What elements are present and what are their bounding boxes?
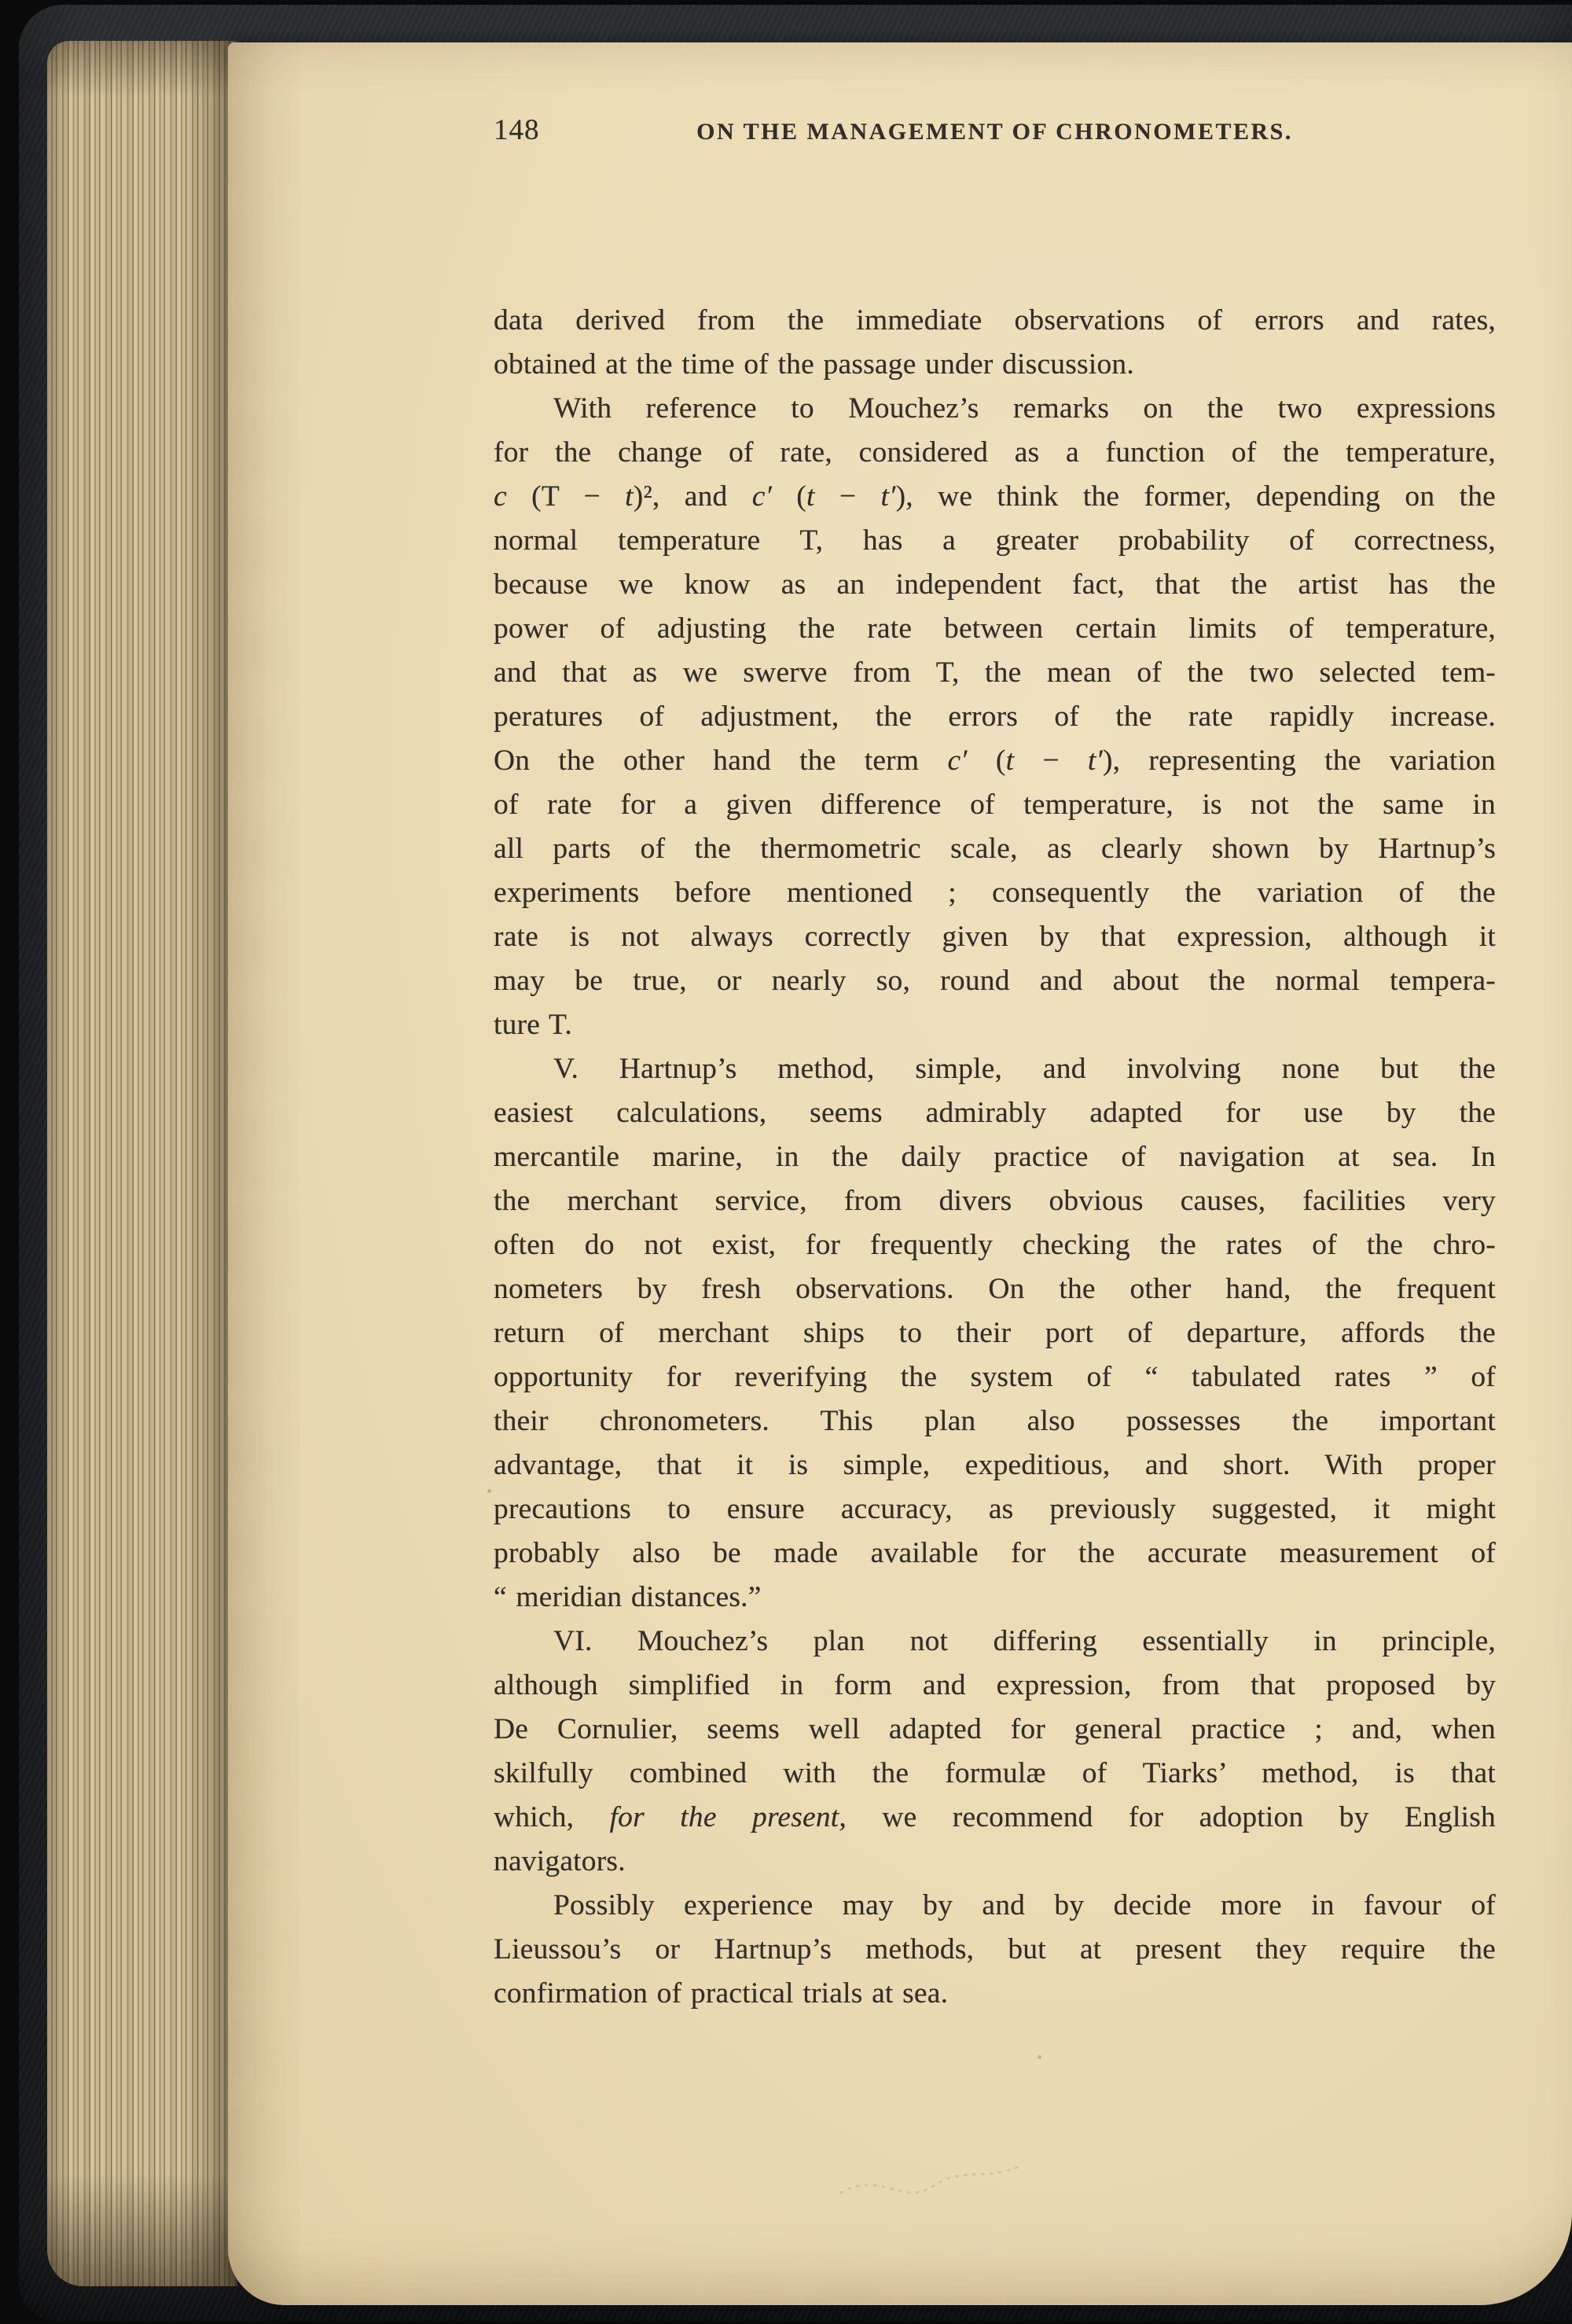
paper-speck bbox=[487, 1489, 491, 1493]
book-page: 148 ON THE MANAGEMENT OF CHRONOMETERS. d… bbox=[228, 42, 1572, 2305]
text-run: t′ bbox=[881, 480, 896, 513]
text-line: obtained at the time of the passage unde… bbox=[494, 343, 1496, 387]
text-run: ), representing the variation bbox=[1103, 745, 1496, 777]
text-line: On the other hand the term c′ (t − t′), … bbox=[494, 739, 1496, 783]
text-run: ( bbox=[968, 745, 1006, 777]
page-fore-edge bbox=[47, 41, 237, 2286]
text-run: t bbox=[806, 480, 815, 513]
text-line: all parts of the thermometric scale, as … bbox=[494, 827, 1496, 871]
text-line: V. Hartnup’s method, simple, and involvi… bbox=[494, 1047, 1496, 1091]
text-line: their chronometers. This plan also posse… bbox=[494, 1399, 1496, 1443]
text-line: because we know as an independent fact, … bbox=[494, 563, 1496, 607]
text-line: power of adjusting the rate between cert… bbox=[494, 607, 1496, 651]
text-line: Lieussou’s or Hartnup’s methods, but at … bbox=[494, 1928, 1496, 1972]
text-line: Possibly experience may by and by decide… bbox=[494, 1884, 1496, 1928]
text-line: experiments before mentioned ; consequen… bbox=[494, 871, 1496, 915]
text-line: confirmation of practical trials at sea. bbox=[494, 1972, 1496, 2016]
page-text: data derived from the immediate observat… bbox=[494, 299, 1496, 2016]
text-run: t bbox=[625, 480, 634, 513]
page-header: 148 ON THE MANAGEMENT OF CHRONOMETERS. bbox=[494, 112, 1496, 149]
text-line: normal temperature T, has a greater prob… bbox=[494, 519, 1496, 563]
text-line: mercantile marine, in the daily practice… bbox=[494, 1135, 1496, 1179]
pencil-smudge-mark bbox=[833, 2138, 1030, 2240]
text-line: c (T − t)², and c′ (t − t′), we think th… bbox=[494, 475, 1496, 519]
scanned-book-photo: 148 ON THE MANAGEMENT OF CHRONOMETERS. d… bbox=[0, 0, 1572, 2324]
text-line: VI. Mouchez’s plan not differing essenti… bbox=[494, 1620, 1496, 1664]
text-line: With reference to Mouchez’s remarks on t… bbox=[494, 387, 1496, 431]
text-line: although simplified in form and expressi… bbox=[494, 1664, 1496, 1708]
text-line: peratures of adjustment, the errors of t… bbox=[494, 695, 1496, 739]
paper-speck bbox=[1210, 502, 1214, 506]
text-run: ), we think the former, depending on the bbox=[896, 480, 1496, 513]
text-line: of rate for a given difference of temper… bbox=[494, 783, 1496, 827]
text-line: opportunity for reverifying the system o… bbox=[494, 1355, 1496, 1399]
text-run: (T − bbox=[507, 480, 625, 513]
text-line: skilfully combined with the formulæ of T… bbox=[494, 1752, 1496, 1796]
text-line: navigators. bbox=[494, 1840, 1496, 1884]
text-run: which, bbox=[494, 1801, 610, 1833]
text-run: )², and bbox=[634, 480, 752, 513]
running-title: ON THE MANAGEMENT OF CHRONOMETERS. bbox=[494, 118, 1496, 146]
text-line: data derived from the immediate observat… bbox=[494, 299, 1496, 343]
text-run: c bbox=[494, 480, 507, 513]
text-run: On the other hand the term bbox=[494, 745, 947, 777]
paper-speck bbox=[1038, 2055, 1041, 2059]
text-line: De Cornulier, seems well adapted for gen… bbox=[494, 1708, 1496, 1752]
text-line: often do not exist, for frequently check… bbox=[494, 1223, 1496, 1267]
text-run: we recommend for adoption by English bbox=[847, 1801, 1496, 1833]
text-line: probably also be made available for the … bbox=[494, 1532, 1496, 1576]
text-line: and that as we swerve from T, the mean o… bbox=[494, 651, 1496, 695]
text-run: ( bbox=[772, 480, 806, 513]
text-line: return of merchant ships to their port o… bbox=[494, 1311, 1496, 1355]
text-run: − bbox=[815, 480, 881, 513]
text-line: nometers by fresh observations. On the o… bbox=[494, 1267, 1496, 1311]
text-line: precautions to ensure accuracy, as previ… bbox=[494, 1487, 1496, 1532]
text-line: the merchant service, from divers obviou… bbox=[494, 1179, 1496, 1223]
text-run: − bbox=[1014, 745, 1088, 777]
text-run: t′ bbox=[1088, 745, 1103, 777]
text-run: t bbox=[1006, 745, 1015, 777]
text-line: “ meridian distances.” bbox=[494, 1576, 1496, 1620]
text-line: easiest calculations, seems admirably ad… bbox=[494, 1091, 1496, 1135]
text-line: ture T. bbox=[494, 1003, 1496, 1047]
text-line: for the change of rate, considered as a … bbox=[494, 431, 1496, 475]
text-run: for the present, bbox=[610, 1801, 847, 1833]
text-line: which, for the present, we recommend for… bbox=[494, 1796, 1496, 1840]
text-line: may be true, or nearly so, round and abo… bbox=[494, 959, 1496, 1003]
text-run: c′ bbox=[947, 745, 967, 777]
text-line: advantage, that it is simple, expeditiou… bbox=[494, 1443, 1496, 1487]
text-run: c′ bbox=[752, 480, 772, 513]
text-line: rate is not always correctly given by th… bbox=[494, 915, 1496, 959]
